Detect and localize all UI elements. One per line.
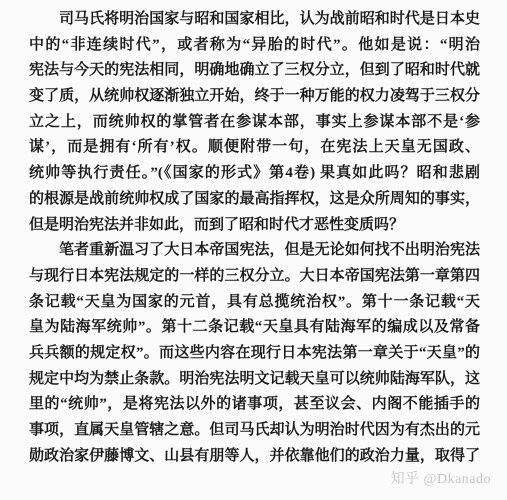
text-line: 兵兵额的规定权”。而这些内容在现行日本宪法第一章关于“天皇”的 (29, 341, 480, 367)
text-line: 皇为陆海军统帅”。第十二条记载“天皇具有陆海军的编成以及常备 (29, 315, 480, 341)
document-page: 司马氏将明治国家与昭和国家相比，认为战前昭和时代是日本史 中的“非连续时代”，或… (0, 0, 507, 500)
text-line: 勋政治家伊藤博文、山县有朋等人，并依靠他们的政治力量，取得了 (29, 444, 480, 470)
paragraph-2: 笔者重新温习了大日本帝国宪法，但是无论如何找不出明治宪法 与现行日本宪法规定的一… (29, 238, 480, 469)
text-line: 条记载“天皇为国家的元首，具有总揽统治权”。第十一条记载“天 (29, 290, 480, 316)
paragraph-1: 司马氏将明治国家与昭和国家相比，认为战前昭和时代是日本史 中的“非连续时代”，或… (29, 7, 480, 238)
text-line: 与现行日本宪法规定的一样的三权分立。大日本帝国宪法第一章第四 (29, 264, 480, 290)
text-block: 司马氏将明治国家与昭和国家相比，认为战前昭和时代是日本史 中的“非连续时代”，或… (29, 7, 480, 469)
text-line: 规定中均为禁止条款。明治宪法明文记载天皇可以统帅陆海军队，这 (29, 367, 480, 393)
text-line: 变了质，从统帅权逐渐独立开始，终于一种万能的权力凌驾于三权分 (29, 84, 480, 110)
text-line: 事项，直属天皇管辖之意。但司马氏却认为明治时代因为有杰出的元 (29, 418, 480, 444)
text-line: 统帅等执行责任。”(《国家的形式》第4卷) 果真如此吗？昭和悲剧 (29, 161, 480, 187)
text-line: 笔者重新温习了大日本帝国宪法，但是无论如何找不出明治宪法 (29, 238, 480, 264)
text-line: 宪法与今天的宪法相同，明确地确立了三权分立，但到了昭和时代就 (29, 58, 480, 84)
text-line: 谋’，而是拥有‘所有’权。顺便附带一句，在宪法上天皇无国政、 (29, 135, 480, 161)
text-line: 立之上，而统帅权的掌管者在参谋本部，事实上参谋本部不是‘参 (29, 110, 480, 136)
text-line: 的根源是战前统帅权成了国家的最高指挥权，这是众所周知的事实， (29, 187, 480, 213)
zhihu-watermark: 知乎 @Dkanado (391, 469, 491, 491)
text-line: 司马氏将明治国家与昭和国家相比，认为战前昭和时代是日本史 (29, 7, 480, 33)
text-line: 里的“统帅”，是将宪法以外的诸事项，甚至议会、内阁不能插手的 (29, 392, 480, 418)
text-line: 但是明治宪法并非如此，而到了昭和时代才恶性变质吗？ (29, 213, 480, 239)
text-line: 中的“非连续时代”，或者称为“异胎的时代”。他如是说：“明治 (29, 33, 480, 59)
